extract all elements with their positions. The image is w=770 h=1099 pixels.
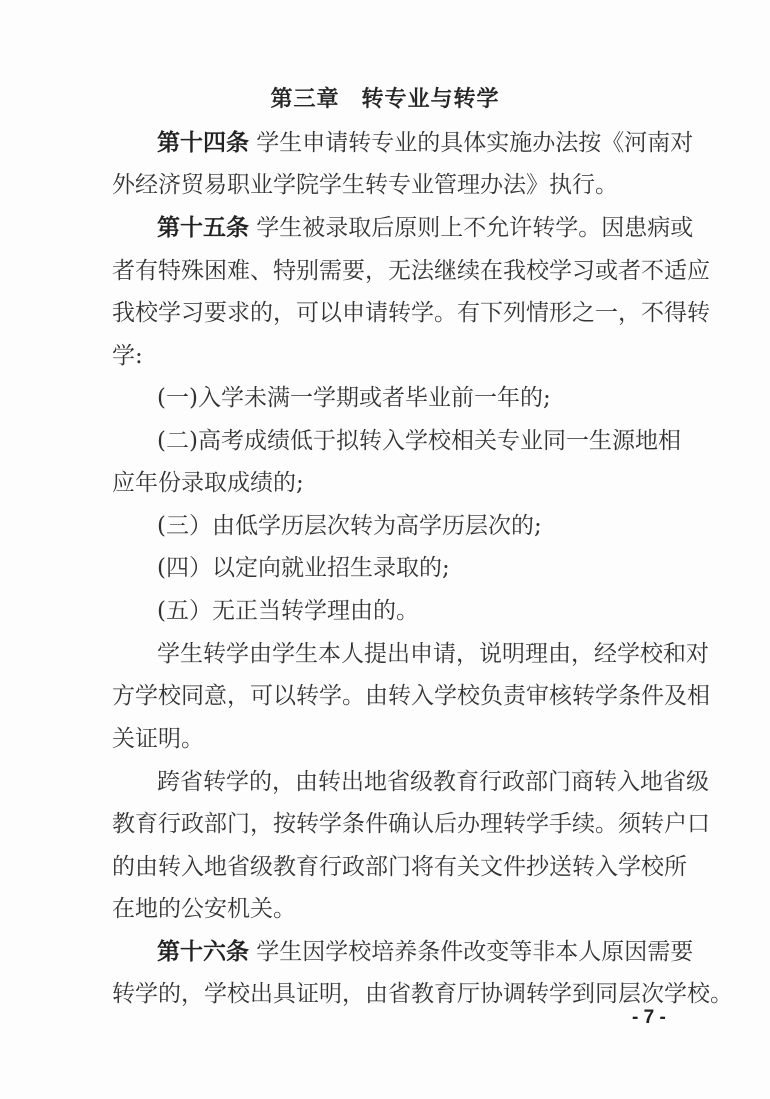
list-item-3: (三）由低学历层次转为高学历层次的;	[157, 511, 664, 541]
paragraph-cross-province-line-1: 跨省转学的，由转出地省级教育行政部门商转入地省级	[157, 767, 664, 797]
article-15-line-2: 者有特殊困难、特别需要，无法继续在我校学习或者不适应	[112, 256, 664, 286]
paragraph-transfer-line-1: 学生转学由学生本人提出申请，说明理由，经学校和对	[157, 639, 664, 669]
paragraph-cross-province-line-2: 教育行政部门，按转学条件确认后办理转学手续。须转户口	[112, 809, 664, 839]
list-item-2-line-2: 应年份录取成绩的;	[112, 468, 664, 498]
article-label: 第十四条	[157, 130, 249, 156]
article-14-line-1: 第十四条 学生申请转专业的具体实施办法按《河南对	[157, 128, 664, 158]
article-15-line-4: 学:	[112, 341, 664, 371]
list-item-1: (一)入学未满一学期或者毕业前一年的;	[157, 383, 664, 413]
article-15-line-1: 第十五条 学生被录取后原则上不允许转学。因患病或	[157, 213, 664, 243]
article-label: 第十五条	[157, 215, 249, 241]
paragraph-transfer-line-2: 方学校同意，可以转学。由转入学校负责审核转学条件及相	[112, 681, 664, 711]
paragraph-cross-province-line-3: 的由转入地省级教育行政部门将有关文件抄送转入学校所	[112, 852, 664, 882]
list-item-2-line-1: (二)高考成绩低于拟转入学校相关专业同一生源地相	[157, 426, 664, 456]
article-16-line-1: 第十六条 学生因学校培养条件改变等非本人原因需要	[157, 937, 664, 967]
list-item-4: (四）以定向就业招生录取的;	[157, 553, 664, 583]
paragraph-cross-province-line-4: 在地的公安机关。	[112, 894, 664, 924]
chapter-number: 第三章	[270, 87, 339, 112]
article-label: 第十六条	[157, 939, 249, 965]
article-16-line-2: 转学的，学校出具证明，由省教育厅协调转学到同层次学校。	[112, 979, 664, 1009]
paragraph-transfer-line-3: 关证明。	[112, 724, 664, 754]
chapter-name: 转专业与转学	[362, 87, 500, 112]
chapter-title: 第三章转专业与转学	[0, 82, 770, 113]
page-number: - 7 -	[632, 1007, 666, 1029]
list-item-5: (五）无正当转学理由的。	[157, 596, 664, 626]
article-15-line-3: 我校学习要求的，可以申请转学。有下列情形之一，不得转	[112, 298, 664, 328]
article-14-line-2: 外经济贸易职业学院学生转专业管理办法》执行。	[112, 170, 664, 200]
